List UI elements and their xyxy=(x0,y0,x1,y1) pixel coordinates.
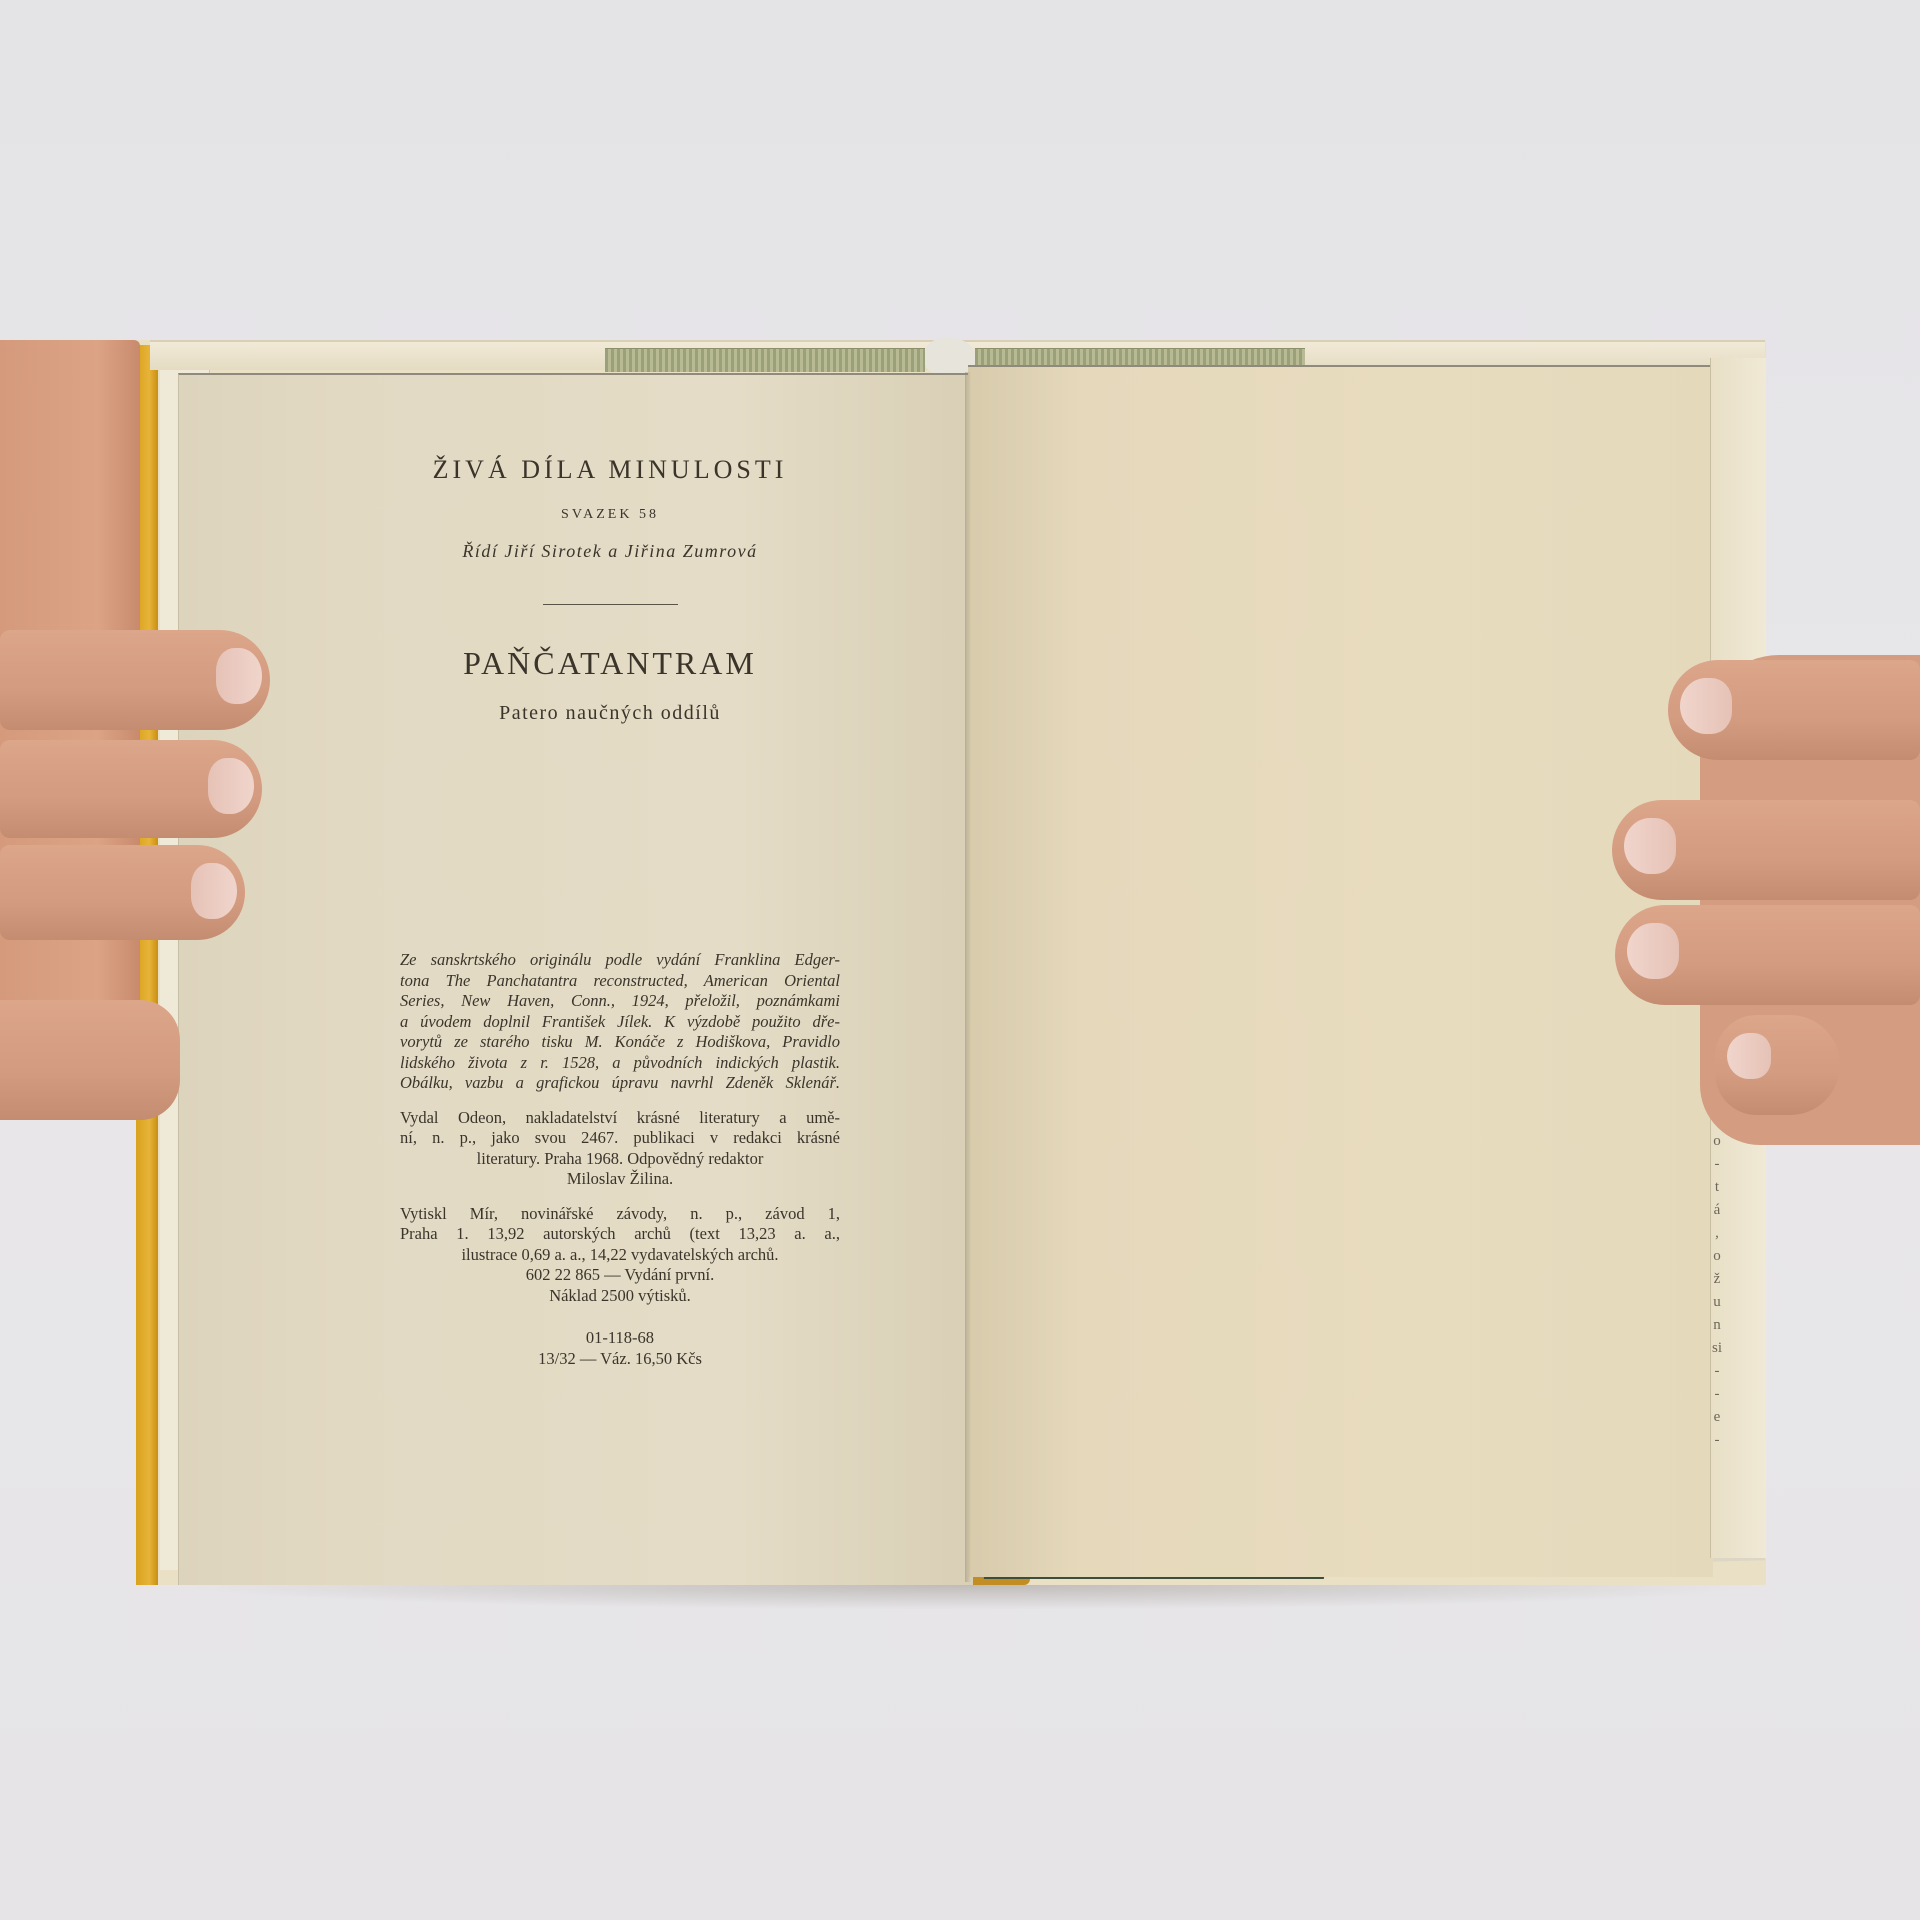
translation-note: Ze sanskrtského originálu podle vydání F… xyxy=(400,950,840,1094)
fingernail xyxy=(191,863,237,919)
publisher-line: Vydal Odeon, nakladatelství krásné liter… xyxy=(400,1108,840,1129)
right-finger-ring xyxy=(1615,905,1920,1005)
publisher-line: ní, n. p., jako svou 2467. publikaci v r… xyxy=(400,1128,840,1149)
note-line: vorytů ze starého tisku M. Konáče z Hodi… xyxy=(400,1032,840,1053)
note-line: tona The Panchatantra reconstructed, Ame… xyxy=(400,971,840,992)
edge-letter: o xyxy=(1713,1245,1721,1268)
price-line: 13/32 — Váz. 16,50 Kčs xyxy=(400,1349,840,1370)
colophon: Ze sanskrtského originálu podle vydání F… xyxy=(400,950,840,1369)
headband-left xyxy=(605,348,925,372)
printer-line: 602 22 865 — Vydání první. xyxy=(400,1265,840,1286)
edge-letter: si xyxy=(1712,1337,1722,1360)
edge-letter: o xyxy=(1713,1130,1721,1153)
book-subtitle: Patero naučných oddílů xyxy=(380,702,840,725)
right-finger-pinky xyxy=(1715,1015,1840,1115)
left-finger-ring xyxy=(0,845,245,940)
printer-line: Náklad 2500 výtisků. xyxy=(400,1286,840,1307)
note-line: Obálku, vazbu a grafickou úpravu navrhl … xyxy=(400,1073,840,1094)
printer-info: Vytiskl Mír, novinářské závody, n. p., z… xyxy=(400,1204,840,1307)
edge-letter: e xyxy=(1714,1406,1721,1429)
edge-letter: á xyxy=(1714,1199,1721,1222)
right-finger-middle xyxy=(1612,800,1920,900)
photo-scene: : a , n o o - t á , o ž u n si - - e - Ž… xyxy=(0,0,1920,1920)
edge-letter: ž xyxy=(1714,1268,1721,1291)
right-finger-index xyxy=(1668,660,1920,760)
fingernail xyxy=(1727,1033,1771,1079)
fingernail xyxy=(216,648,262,704)
publisher-line: Miloslav Žilina. xyxy=(400,1169,840,1190)
edge-letter: n xyxy=(1713,1314,1721,1337)
right-page xyxy=(968,365,1713,1577)
title-block: ŽIVÁ DÍLA MINULOSTI SVAZEK 58 Řídí Jiří … xyxy=(380,440,840,725)
edge-letter: - xyxy=(1715,1360,1720,1383)
printer-line: Praha 1. 13,92 autorských archů (text 13… xyxy=(400,1224,840,1245)
fingernail xyxy=(1627,923,1679,979)
publisher-line: literatury. Praha 1968. Odpovědný redakt… xyxy=(400,1149,840,1170)
fingernail xyxy=(1680,678,1732,734)
catalog-info: 01-118-68 13/32 — Váz. 16,50 Kčs xyxy=(400,1328,840,1369)
volume-number: SVAZEK 58 xyxy=(380,507,840,523)
note-line: Series, New Haven, Conn., 1924, přeložil… xyxy=(400,991,840,1012)
note-line: a úvodem doplnil František Jílek. K výzd… xyxy=(400,1012,840,1033)
series-title: ŽIVÁ DÍLA MINULOSTI xyxy=(380,455,840,485)
fingernail xyxy=(1624,818,1676,874)
book-title: PAŇČATANTRAM xyxy=(380,645,840,682)
note-line: lidského života z r. 1528, a původních i… xyxy=(400,1053,840,1074)
printer-line: ilustrace 0,69 a. a., 14,22 vydavatelský… xyxy=(400,1245,840,1266)
edge-letter: - xyxy=(1715,1383,1720,1406)
catalog-number: 01-118-68 xyxy=(400,1328,840,1349)
fingernail xyxy=(208,758,254,814)
left-finger-middle xyxy=(0,740,262,838)
left-finger-index xyxy=(0,630,270,730)
page-gutter xyxy=(965,372,971,1582)
series-editors: Řídí Jiří Sirotek a Jiřina Zumrová xyxy=(380,541,840,562)
note-line: Ze sanskrtského originálu podle vydání F… xyxy=(400,950,840,971)
edge-letter: - xyxy=(1715,1153,1720,1176)
left-finger-pinky xyxy=(0,1000,180,1120)
edge-letter: - xyxy=(1715,1429,1720,1452)
printer-line: Vytiskl Mír, novinářské závody, n. p., z… xyxy=(400,1204,840,1225)
publisher-info: Vydal Odeon, nakladatelství krásné liter… xyxy=(400,1108,840,1190)
edge-letter: t xyxy=(1715,1176,1719,1199)
edge-letter: , xyxy=(1715,1222,1719,1245)
divider-rule xyxy=(543,604,678,605)
edge-letter: u xyxy=(1713,1291,1721,1314)
